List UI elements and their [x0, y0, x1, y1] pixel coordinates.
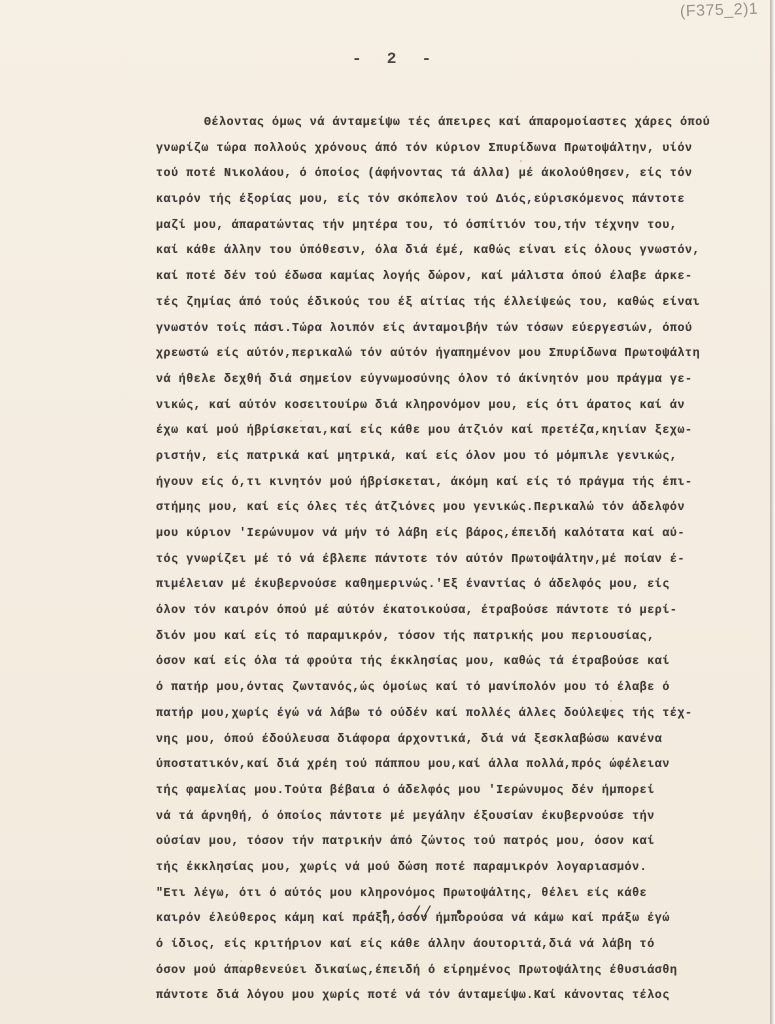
text-line: γνωστόν τοίς πάσι.Τώρα λοιπόν είς άνταμο… [156, 316, 746, 342]
text-line: διόν μου καί είς τό παραμικρόν, τόσον τή… [156, 624, 746, 650]
text-line: καί κάθε άλλην του ύπόθεσιν, όλα διά έμέ… [156, 238, 746, 264]
text-line: πατήρ μου,χωρίς έγώ νά λάβω τό ούδέν καί… [156, 701, 746, 727]
paper-speck [610, 700, 612, 702]
text-line: νά ήθελε δεχθή διά σημείον εύγνωμοσύνης … [156, 367, 746, 393]
paper-speck [520, 160, 522, 162]
text-line: νης μου, όπού έδούλευσα διάφορα άρχοντικ… [156, 727, 746, 753]
text-line: ό πατήρ μου,όντας ζωντανός,ώς όμοίως καί… [156, 675, 746, 701]
body-text: Θέλοντας όμως νά άνταμείψω τές άπειρες κ… [156, 110, 746, 1009]
text-line: καί ποτέ δέν τού έδωσα καμίας λογής δώρο… [156, 264, 746, 290]
text-line: ριστήν, είς πατρικά καί μητρικά, καί είς… [156, 444, 746, 470]
text-line: ούσίαν μου, τόσον τήν πατρικήν άπό ζώντο… [156, 829, 746, 855]
text-line: τής φαμελίας μου.Τούτα βέβαια ό άδελφός … [156, 778, 746, 804]
text-line: τού ποτέ Νικολάου, ό όποίος (άφήνοντας τ… [156, 161, 746, 187]
text-line: πάντοτε διά λόγου μου χωρίς ποτέ νά τόν … [156, 983, 746, 1009]
text-line: έχω καί μού ήβρίσκεται,καί είς κάθε μου … [156, 418, 746, 444]
text-line: νικώς, καί αύτόν κοσειτουίρω διά κληρονό… [156, 393, 746, 419]
text-line: όσον καί είς όλα τά φρούτα τής έκκλησίας… [156, 649, 746, 675]
text-line: στήμης μου, καί είς όλες τές άτζιόνες μο… [156, 495, 746, 521]
text-line: χρεωστώ είς αύτόν,περικαλώ τόν αύτόν ήγα… [156, 341, 746, 367]
text-line: τές ζημίας άπό τούς έδικούς του έξ αίτία… [156, 290, 746, 316]
text-line: τός γνωρίζει μέ τό νά έβλεπε πάντοτε τόν… [156, 547, 746, 573]
text-line: νά τά άρνηθή, ό όποίος πάντοτε μέ μεγάλη… [156, 804, 746, 830]
text-line: όλον τόν καιρόν όπού μέ αύτόν έκατοικούσ… [156, 598, 746, 624]
text-line: ύποστατικόν,καί διά χρέη τού πάππου μου,… [156, 752, 746, 778]
text-line: γνωρίζω τώρα πολλούς χρόνους άπό τόν κύρ… [156, 136, 746, 162]
text-line: μου κύριον 'Ιερώνυμον νά μήν τό λάβη είς… [156, 521, 746, 547]
paper-speck [240, 960, 242, 962]
text-line: όσον μού άπαρθενεύει δικαίως,έπειδή ό εί… [156, 958, 746, 984]
paper-speck [300, 420, 302, 422]
archive-reference: (F375_2)1 [680, 1, 759, 22]
continuation-mark: • // • [380, 904, 465, 922]
text-line: μαζί μου, άπαρατώντας τήν μητέρα του, τό… [156, 213, 746, 239]
text-line: τής έκκλησίας μου, χωρίς νά μού δώση ποτ… [156, 855, 746, 881]
page-edge [770, 0, 775, 1024]
text-line: ό ίδιος, είς κριτήριον καί είς κάθε άλλη… [156, 932, 746, 958]
text-line: "Ετι λέγω, ότι ό αύτός μου κληρονόμος Πρ… [156, 881, 746, 907]
text-line: πιμέλειαν μέ έκυβερνούσε καθημερινώς.'Εξ… [156, 572, 746, 598]
document-page: (F375_2)1 - 2 - Θέλοντας όμως νά άνταμεί… [0, 0, 770, 1024]
text-line: Θέλοντας όμως νά άνταμείψω τές άπειρες κ… [156, 110, 746, 136]
text-line: καιρόν τής έξορίας μου, είς τόν σκόπελον… [156, 187, 746, 213]
text-line: ήγουν είς ό,τι κινητόν μού ήβρίσκεται, ά… [156, 470, 746, 496]
page-number: - 2 - [352, 50, 433, 68]
